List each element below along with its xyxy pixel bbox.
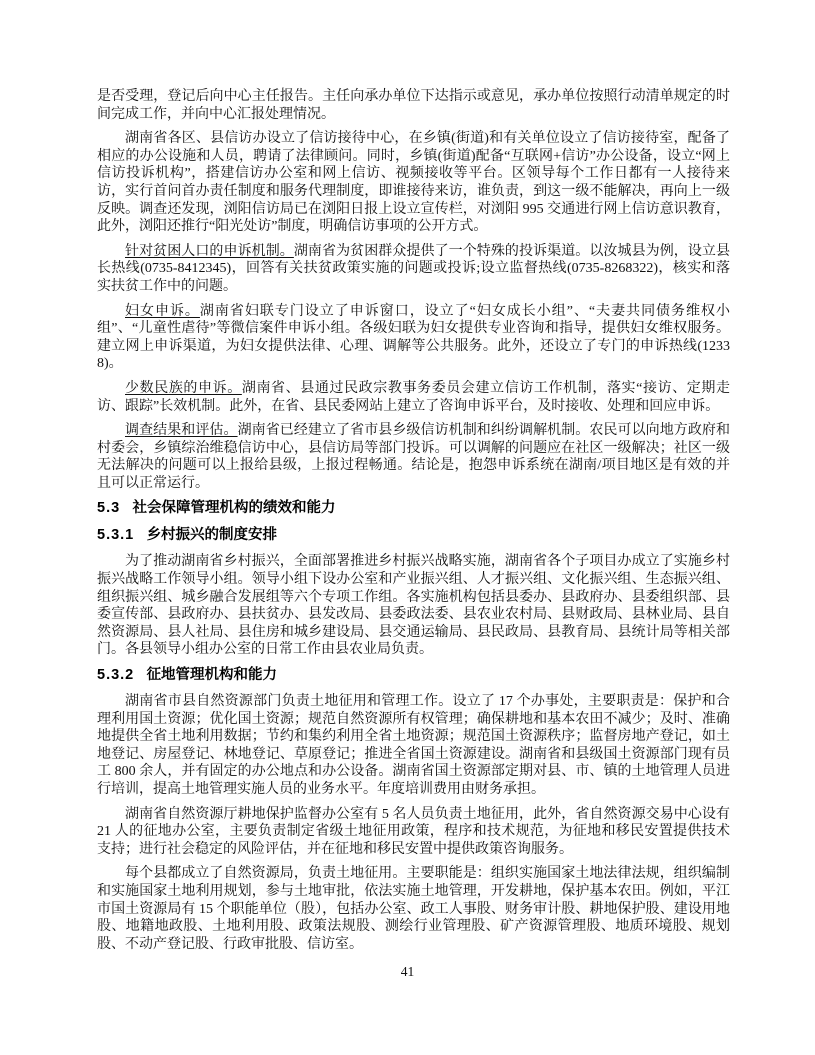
paragraph: 湖南省市县自然资源部门负责土地征用和管理工作。设立了 17 个办事处，主要职责是…	[97, 693, 730, 799]
paragraph: 少数民族的申诉。湖南省、县通过民政宗教事务委员会建立信访工作机制，落实“接访、定…	[97, 380, 730, 415]
paragraph-lead: 针对贫困人口的申诉机制。	[125, 244, 294, 259]
heading-title: 乡村振兴的制度安排	[147, 527, 278, 543]
paragraph: 是否受理，登记后向中心主任报告。主任向承办单位下达指示或意见，承办单位按照行动清…	[97, 88, 730, 123]
section-heading-5.3.2: 5.3.2征地管理机构和能力	[97, 666, 730, 684]
paragraph: 湖南省各区、县信访办设立了信访接待中心，在乡镇(街道)和有关单位设立了信访接待室…	[97, 130, 730, 236]
paragraph: 每个县都成立了自然资源局，负责土地征用。主要职能是：组织实施国家土地法律法规，组…	[97, 865, 730, 953]
document-page: 是否受理，登记后向中心主任报告。主任向承办单位下达指示或意见，承办单位按照行动清…	[0, 0, 815, 1055]
paragraph-lead: 少数民族的申诉。	[125, 381, 242, 396]
heading-title: 社会保障管理机构的绩效和能力	[132, 500, 335, 516]
section-heading-5.3.1: 5.3.1乡村振兴的制度安排	[97, 526, 730, 544]
paragraph: 针对贫困人口的申诉机制。湖南省为贫困群众提供了一个特殊的投诉渠道。以汝城县为例，…	[97, 243, 730, 296]
heading-number: 5.3	[97, 500, 120, 516]
paragraph-lead: 调查结果和评估。	[125, 423, 238, 438]
paragraph: 湖南省自然资源厅耕地保护监督办公室有 5 名人员负责土地征用，此外，省自然资源交…	[97, 806, 730, 859]
heading-number: 5.3.2	[97, 667, 134, 683]
paragraph: 妇女申诉。湖南省妇联专门设立了申诉窗口，设立了“妇女成长小组”、“夫妻共同债务维…	[97, 303, 730, 373]
heading-number: 5.3.1	[97, 527, 134, 543]
section-heading-5.3: 5.3社会保障管理机构的绩效和能力	[97, 499, 730, 517]
paragraph: 为了推动湖南省乡村振兴，全面部署推进乡村振兴战略实施，湖南省各个子项目办成立了实…	[97, 553, 730, 659]
document-content: 是否受理，登记后向中心主任报告。主任向承办单位下达指示或意见，承办单位按照行动清…	[97, 88, 730, 960]
page-number: 41	[0, 964, 815, 980]
paragraph-lead: 妇女申诉。	[125, 304, 200, 319]
heading-title: 征地管理机构和能力	[147, 667, 278, 683]
paragraph: 调查结果和评估。湖南省已经建立了省市县乡级信访机制和纠纷调解机制。农民可以向地方…	[97, 422, 730, 492]
